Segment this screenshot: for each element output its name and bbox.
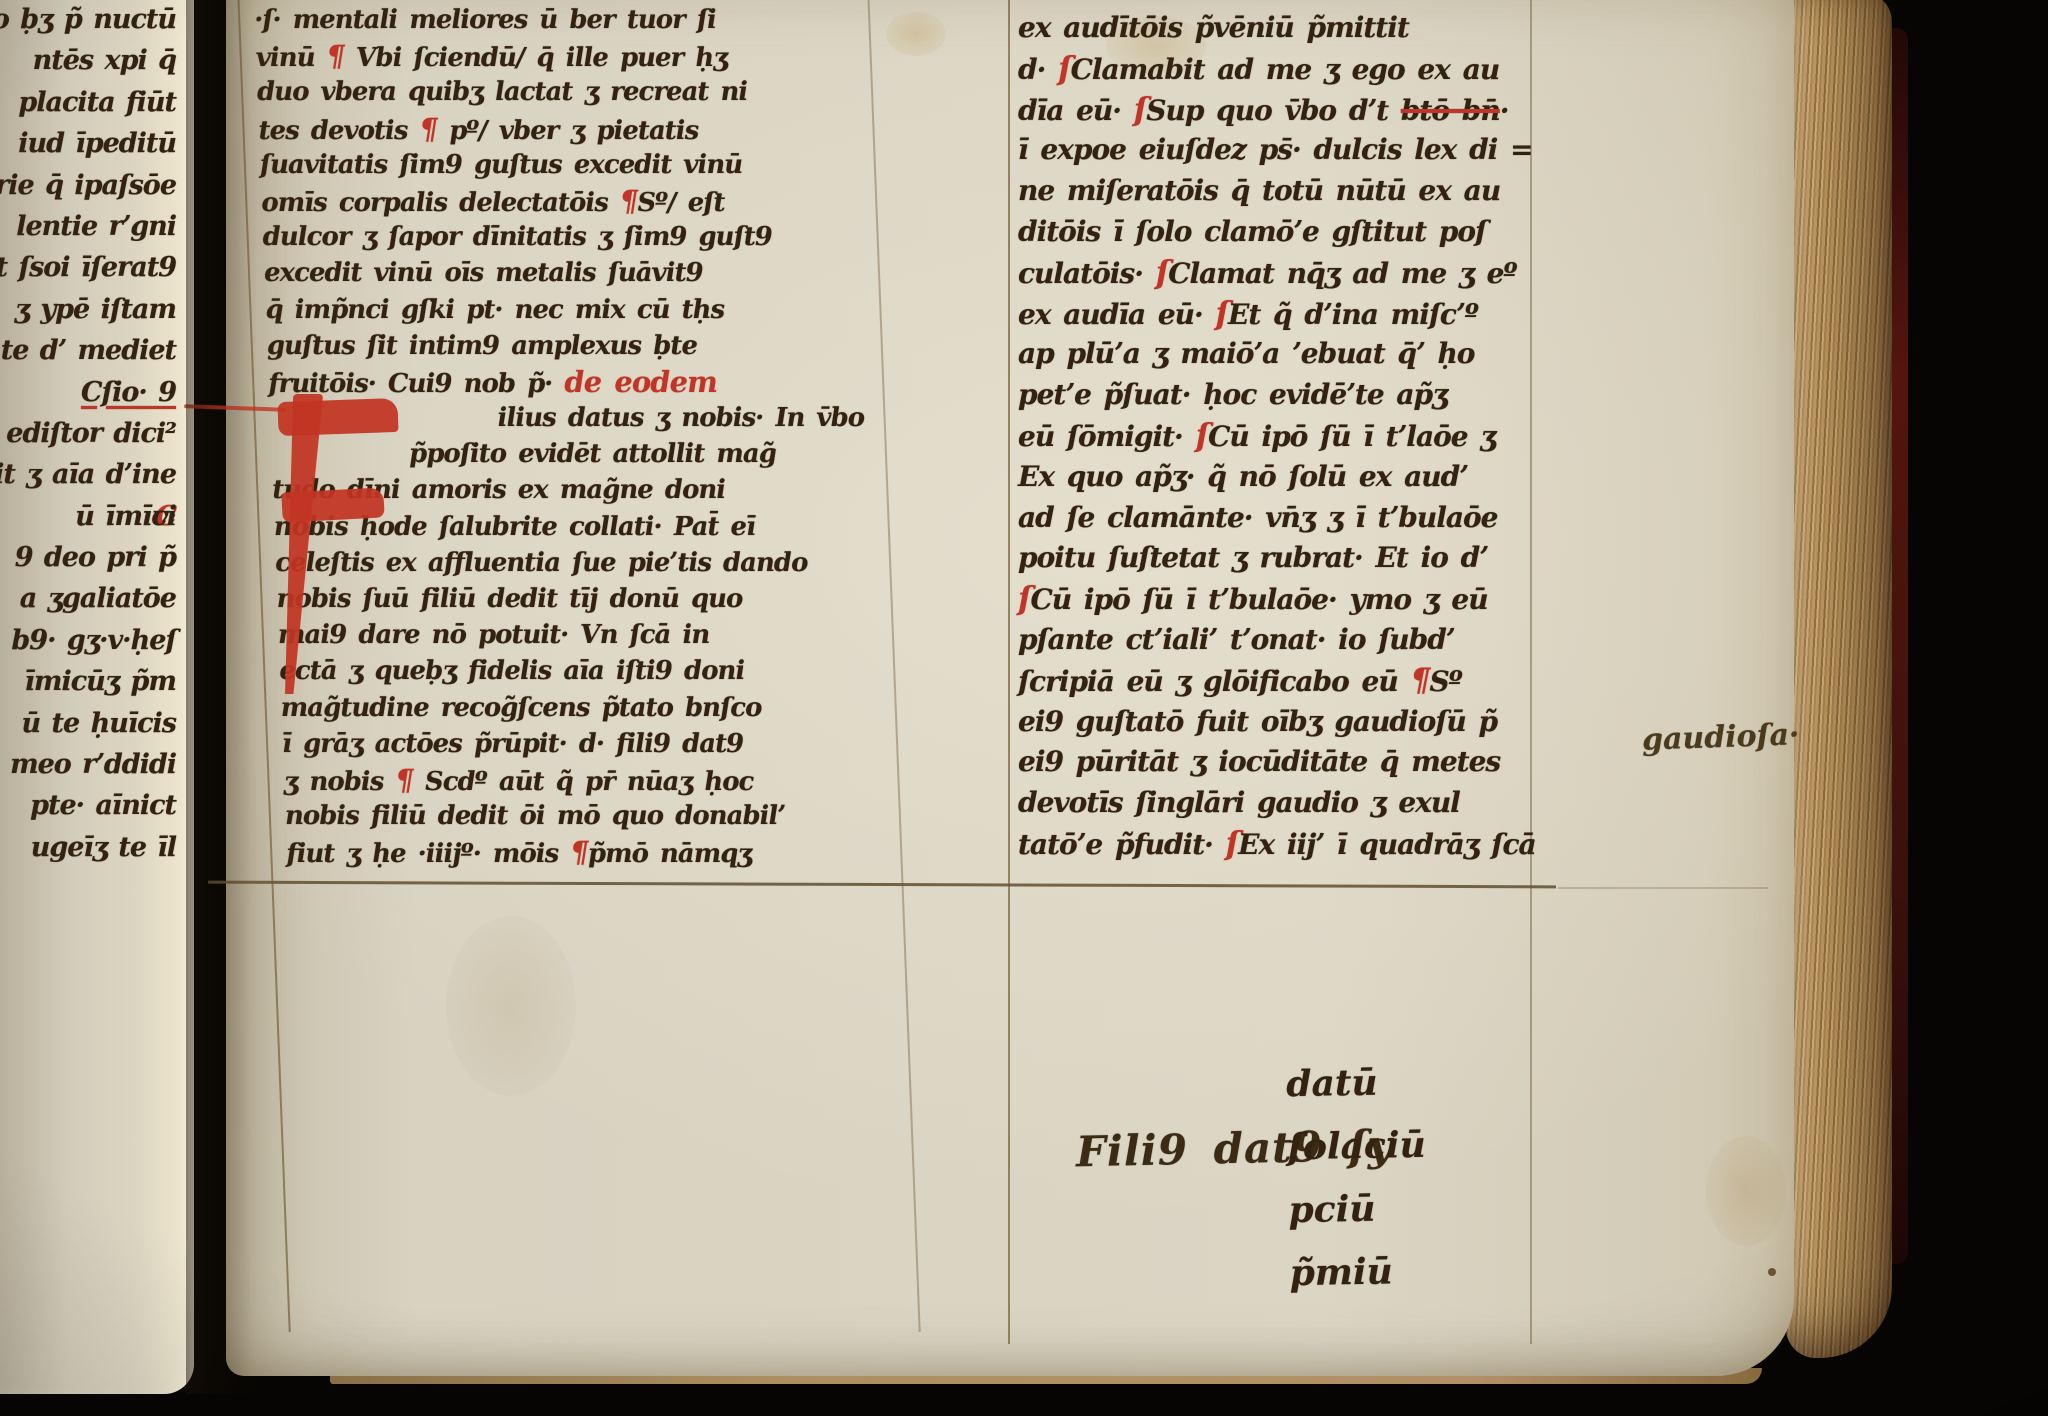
ink-text: t ſsoi īſerat9	[0, 248, 176, 288]
initial-mid-bar	[281, 487, 384, 522]
text-line: lentie rʼgni	[0, 207, 184, 248]
text-line: ·ſ· mentali meliores ū ber tuor ſi	[254, 2, 850, 38]
ink-text: ſolaciū	[1287, 1124, 1426, 1168]
text-line: ī grāʒ actōes p̃rūpit· d· fili9 dat9	[281, 726, 877, 762]
red-struck-text: btō bn̄	[1401, 94, 1500, 127]
rubricated-initial-F: F	[272, 392, 404, 700]
text-line: ei9 pūritāt ʒ iocūditāte q̄ metes	[1018, 742, 1536, 783]
ink-text: Sup quo v̄bo dʼt	[1146, 94, 1401, 127]
text-line: ugeīʒ te īl	[0, 828, 184, 869]
ink-text: Cū ipō ſū ī tʼbulaōe· ymo ʒ eū	[1031, 583, 1488, 616]
ink-text: placita fiūt	[18, 83, 176, 123]
red-underlined-text: Cſio· 9	[81, 373, 176, 413]
rubric-red-text: ſ	[1134, 92, 1147, 128]
text-line: poitu ſuſtetat ʒ rubrat· Et io dʼ	[1018, 538, 1536, 579]
text-line: orie q̄ ipaſsōe	[0, 166, 184, 207]
text-line: 9 deo pri p̃	[0, 538, 184, 579]
ink-text: ex audītōis p̃vēniū p̃mittit	[1018, 11, 1409, 44]
text-line: o ḅʒ p̃ nuctū	[0, 0, 184, 41]
ink-text: ne miſeratōis q̄ totū nūtū ex au	[1018, 174, 1500, 207]
rubric-red-text: ¶	[395, 763, 414, 797]
ruling-right-column-left	[1008, 0, 1010, 1344]
rubric-red-text: de eodem	[564, 365, 718, 399]
ink-text: Sº/ eſt	[637, 188, 725, 218]
ink-text: Clamat nq̄ʒ ad me ʒ eº	[1168, 257, 1516, 290]
text-line: duo vbera quibʒ lactat ʒ recreat ni	[256, 74, 852, 110]
ink-text: ū te ḥuīcis	[22, 704, 177, 744]
text-column-right: ex audītōis p̃vēniū p̃mittitd· ſClamabit…	[1018, 8, 1536, 865]
ink-text: fiut ʒ ḥe ·iiijº· mōis	[286, 839, 571, 869]
ink-text: ugeīʒ te īl	[31, 828, 176, 868]
ink-text: omīs corpalis delectatōis	[261, 188, 621, 218]
ink-text: Et q̃ dʼina miſcʼº	[1228, 298, 1478, 331]
ink-text: tes devotis	[258, 116, 420, 146]
ink-text: ſuavitatis ſim9 guſtus excedit vinū	[259, 150, 742, 180]
text-line: nobis filiū dedit ōi mō quo donabilʼ	[284, 798, 880, 834]
text-line: p̃miū	[1289, 1240, 1428, 1305]
ink-text: 9 deo pri p̃	[15, 538, 176, 578]
ink-text: orie q̄ ipaſsōe	[0, 166, 176, 206]
text-line: pſante ctʼialiʼ tʼonat· io ſubdʼ	[1018, 620, 1536, 661]
ink-text: p̃miū	[1289, 1250, 1393, 1294]
text-line: v· Cū īmīci	[0, 497, 184, 538]
ink-text: dulcor ʒ ſapor dīnitatis ʒ ſim9 guſt9	[262, 222, 772, 252]
ink-text: ediſtor dici²	[6, 414, 176, 454]
text-line: petʼe p̃ſuat· ḥoc evidēʼte ap̃ʒ	[1018, 375, 1536, 416]
ink-text: Sº	[1429, 665, 1461, 698]
text-line: omīs corpalis delectatōis ¶Sº/ eſt	[261, 183, 857, 219]
ink-text: datū	[1286, 1062, 1378, 1106]
text-line: ſCū ipō ſū ī tʼbulaōe· ymo ʒ eū	[1018, 579, 1536, 620]
text-line: ei9 guſtatō fuit oībʒ gaudioſū p̃	[1018, 702, 1536, 743]
paper-stain	[1706, 1136, 1786, 1246]
text-line: placita fiūt	[0, 83, 184, 124]
ink-text: ī expoe eiuſdez ps̄· dulcis lex di =	[1018, 133, 1533, 166]
rubric-red-text: ſ	[1018, 581, 1031, 617]
text-line: t ſsoi īſerat9	[0, 248, 184, 289]
ink-text: ei9 pūritāt ʒ iocūditāte q̄ metes	[1018, 745, 1500, 778]
text-line: tatōʼe p̃fudit· ſEx iijʼ ī quadrāʒ ſcā	[1018, 824, 1536, 865]
text-line: guſtus ſit intim9 amplexus ḅte	[266, 328, 862, 364]
text-line: ex audītōis p̃vēniū p̃mittit	[1018, 8, 1536, 49]
text-line: d· ſClamabit ad me ʒ ego ex au	[1018, 49, 1536, 90]
text-line: ediſtor dici²	[0, 414, 184, 455]
text-line: meo rʼddidi	[0, 745, 184, 786]
ink-text: te dʼ mediet	[1, 331, 176, 371]
text-line: Ex quo ap̃ʒ· q̃ nō ſolū ex audʼ	[1018, 457, 1536, 498]
ink-text: pte· aīnict	[30, 786, 176, 826]
ink-text: ī grāʒ actōes p̃rūpit· d· fili9 dat9	[282, 729, 744, 759]
ink-text: ſcripiā eū ʒ glōificabo eū	[1018, 665, 1410, 698]
previous-page-text-column: o ḅʒ p̃ nuctūntēs xpi q̄placita fiūtiud …	[0, 0, 184, 900]
ink-text: excedit vinū oīs metalis ſuāvit9	[263, 258, 703, 288]
text-line: te dʼ mediet	[0, 331, 184, 372]
ink-text: pciū	[1288, 1188, 1376, 1232]
ink-text: tatōʼe p̃fudit·	[1018, 828, 1226, 861]
rubric-red-text: ſ	[1058, 51, 1071, 87]
ink-text: culatōis·	[1018, 257, 1156, 290]
ink-text: d·	[1018, 53, 1058, 86]
paper-stain	[886, 12, 946, 56]
ink-text: q̄ imp̃nci gſki pt· nec mix cū tḥs	[265, 295, 725, 325]
text-line: ditōis ī ſolo clamōʼe gſtitut poſ	[1018, 212, 1536, 253]
ink-text: o ḅʒ p̃ nuctū	[0, 0, 176, 40]
fore-edge-page-stack	[1786, 0, 1892, 1358]
ink-text: ʒ ypē iſtam	[15, 290, 176, 330]
ink-text: nobis filiū dedit ōi mō quo donabilʼ	[284, 801, 786, 831]
text-line: pte· aīnict	[0, 786, 184, 827]
ink-text: Ex quo ap̃ʒ· q̃ nō ſolū ex audʼ	[1018, 460, 1468, 493]
ink-text: ū īmīci	[75, 497, 176, 537]
text-line: ʒ ypē iſtam	[0, 290, 184, 331]
initial-stem	[275, 394, 323, 694]
ink-text: ·ſ· mentali meliores ū ber tuor ſi	[254, 5, 717, 35]
text-line: ſolaciū	[1287, 1114, 1426, 1179]
ink-text: ex audīa eū·	[1018, 298, 1216, 331]
rubric-red-text: ſ	[1226, 826, 1239, 862]
ink-text: ditōis ī ſolo clamōʼe gſtitut poſ	[1018, 215, 1486, 248]
ink-text: p̃poſito evidēt attollit mag̃	[408, 439, 776, 469]
text-line: ſcripiā eū ʒ glōificabo eū ¶Sº	[1018, 661, 1536, 702]
rubric-red-text: ſ	[1216, 296, 1229, 332]
ink-text: īmicūʒ p̃m	[25, 662, 176, 702]
ink-text: vinū	[255, 43, 327, 73]
rubric-red-text: ¶	[1410, 663, 1429, 699]
ruling-horizontal-frame	[208, 881, 1556, 888]
text-line: ntēs xpi q̄	[0, 41, 184, 82]
text-line: ʒ nobis ¶ Scdº aūt q̃ pr̄ nūaʒ ḥoc	[283, 762, 879, 798]
text-line: it ʒ aīa dʼine	[0, 455, 184, 496]
text-line: b9· gʒ·v·ḥeſ	[0, 621, 184, 662]
ink-text: eū ſōmigit·	[1018, 420, 1196, 453]
ink-text: ntēs xpi q̄	[33, 41, 176, 81]
ink-text: dīa eū·	[1018, 94, 1134, 127]
initial-top-bar	[277, 398, 398, 436]
paper-stain	[446, 916, 576, 1096]
text-line: Cſio· 9	[0, 373, 184, 414]
ink-text: Vbi ſciendū/ q̄ ille puer ḥʒ	[344, 43, 728, 73]
ink-text: ad ſe clamānte· vn̄ʒ ʒ ī tʼbulaōe	[1018, 501, 1497, 534]
previous-page-edge: o ḅʒ p̃ nuctūntēs xpi q̄placita fiūtiud …	[0, 0, 194, 1394]
rubric-red-text: ſ	[1196, 418, 1209, 454]
ruling-horizontal-faint-extension	[1558, 887, 1768, 889]
text-line: ū te ḥuīcis	[0, 704, 184, 745]
text-line: ex audīa eū· ſEt q̃ dʼina miſcʼº	[1018, 294, 1536, 335]
paper-speck	[1768, 1268, 1776, 1276]
ink-text: iud īpeditū	[18, 124, 176, 164]
ink-text: a ʒgaliatōe	[20, 579, 176, 619]
ink-text: petʼe p̃ſuat· ḥoc evidēʼte ap̃ʒ	[1018, 378, 1447, 411]
ink-text: b9· gʒ·v·ḥeſ	[11, 621, 176, 661]
ink-text: ·	[1500, 94, 1509, 127]
ink-text: Clamabit ad me ʒ ego ex au	[1071, 53, 1500, 86]
ink-text: pº/ vber ʒ pietatis	[437, 116, 699, 146]
text-line: ne miſeratōis q̄ totū nūtū ex au	[1018, 171, 1536, 212]
ink-text: ilius datus ʒ nobis· In v̄bo	[497, 403, 865, 433]
text-line: iud īpeditū	[0, 124, 184, 165]
text-line: ī expoe eiuſdez ps̄· dulcis lex di =	[1018, 130, 1536, 171]
ink-text: meo rʼddidi	[10, 745, 176, 785]
text-line: īmicūʒ p̃m	[0, 662, 184, 703]
text-line: dīa eū· ſSup quo v̄bo dʼt btō bn̄·	[1018, 90, 1536, 131]
margin-note-gaudiosa: gaudioſa·	[1641, 717, 1800, 757]
text-line: datū	[1286, 1051, 1425, 1116]
text-line: devotīs ſinglāri gaudio ʒ exul	[1018, 783, 1536, 824]
rubric-red-text: ¶	[619, 184, 638, 218]
ink-text: Cū ipō ſū ī tʼlaōe ʒ	[1208, 420, 1495, 453]
text-line: tes devotis ¶ pº/ vber ʒ pietatis	[258, 111, 854, 147]
text-line: ſuavitatis ſim9 guſtus excedit vinū	[259, 147, 855, 183]
ink-text: duo vbera quibʒ lactat ʒ recreat ni	[257, 77, 748, 107]
ink-text: ei9 guſtatō fuit oībʒ gaudioſū p̃	[1018, 705, 1497, 738]
ink-text: guſtus ſit intim9 amplexus ḅte	[266, 331, 697, 361]
text-line: eū ſōmigit· ſCū ipō ſū ī tʼlaōe ʒ	[1018, 416, 1536, 457]
rubric-red-text: ¶	[326, 39, 345, 73]
ink-text: ʒ nobis	[283, 767, 396, 797]
ink-text: p̃mō nāmqʒ	[587, 839, 751, 869]
ruling-left-column-right	[867, 0, 921, 1332]
text-line: fiut ʒ ḥe ·iiijº· mōis ¶p̃mō nāmqʒ	[286, 834, 882, 870]
text-line: ap plūʼa ʒ maiōʼa ʼebuat q̄ʼ ḥo	[1018, 334, 1536, 375]
text-line: vinū ¶ Vbi ſciendū/ q̄ ille puer ḥʒ	[255, 38, 851, 74]
ink-text: it ʒ aīa dʼine	[0, 455, 176, 495]
text-line: dulcor ʒ ſapor dīnitatis ʒ ſim9 guſt9	[262, 219, 858, 255]
ink-text: poitu ſuſtetat ʒ rubrat· Et io dʼ	[1018, 541, 1488, 574]
ink-text: ap plūʼa ʒ maiōʼa ʼebuat q̄ʼ ḥo	[1018, 337, 1474, 370]
bottom-annotation-word-list: datūſolaciūpciūp̃miū	[1286, 1051, 1429, 1305]
rubric-red-text: ſ	[1156, 255, 1169, 291]
text-line: ad ſe clamānte· vn̄ʒ ʒ ī tʼbulaōe	[1018, 498, 1536, 539]
text-line: excedit vinū oīs metalis ſuāvit9	[263, 255, 859, 291]
ink-text: devotīs ſinglāri gaudio ʒ exul	[1018, 786, 1460, 819]
text-line: a ʒgaliatōe	[0, 579, 184, 620]
ink-text: Ex iijʼ ī quadrāʒ ſcā	[1238, 828, 1536, 861]
ink-text: lentie rʼgni	[16, 207, 176, 247]
text-line: q̄ imp̃nci gſki pt· nec mix cū tḥs	[265, 292, 861, 328]
rubric-red-text: ¶	[570, 835, 589, 869]
text-line: culatōis· ſClamat nq̄ʒ ad me ʒ eº	[1018, 253, 1536, 294]
rubric-red-text: ¶	[419, 112, 438, 146]
ink-text: pſante ctʼialiʼ tʼonat· io ſubdʼ	[1018, 623, 1455, 656]
manuscript-page: ·ſ· mentali meliores ū ber tuor ſivinū ¶…	[226, 0, 1794, 1376]
text-line: pciū	[1288, 1177, 1427, 1242]
ink-text: Scdº aūt q̃ pr̄ nūaʒ ḥoc	[412, 767, 754, 797]
